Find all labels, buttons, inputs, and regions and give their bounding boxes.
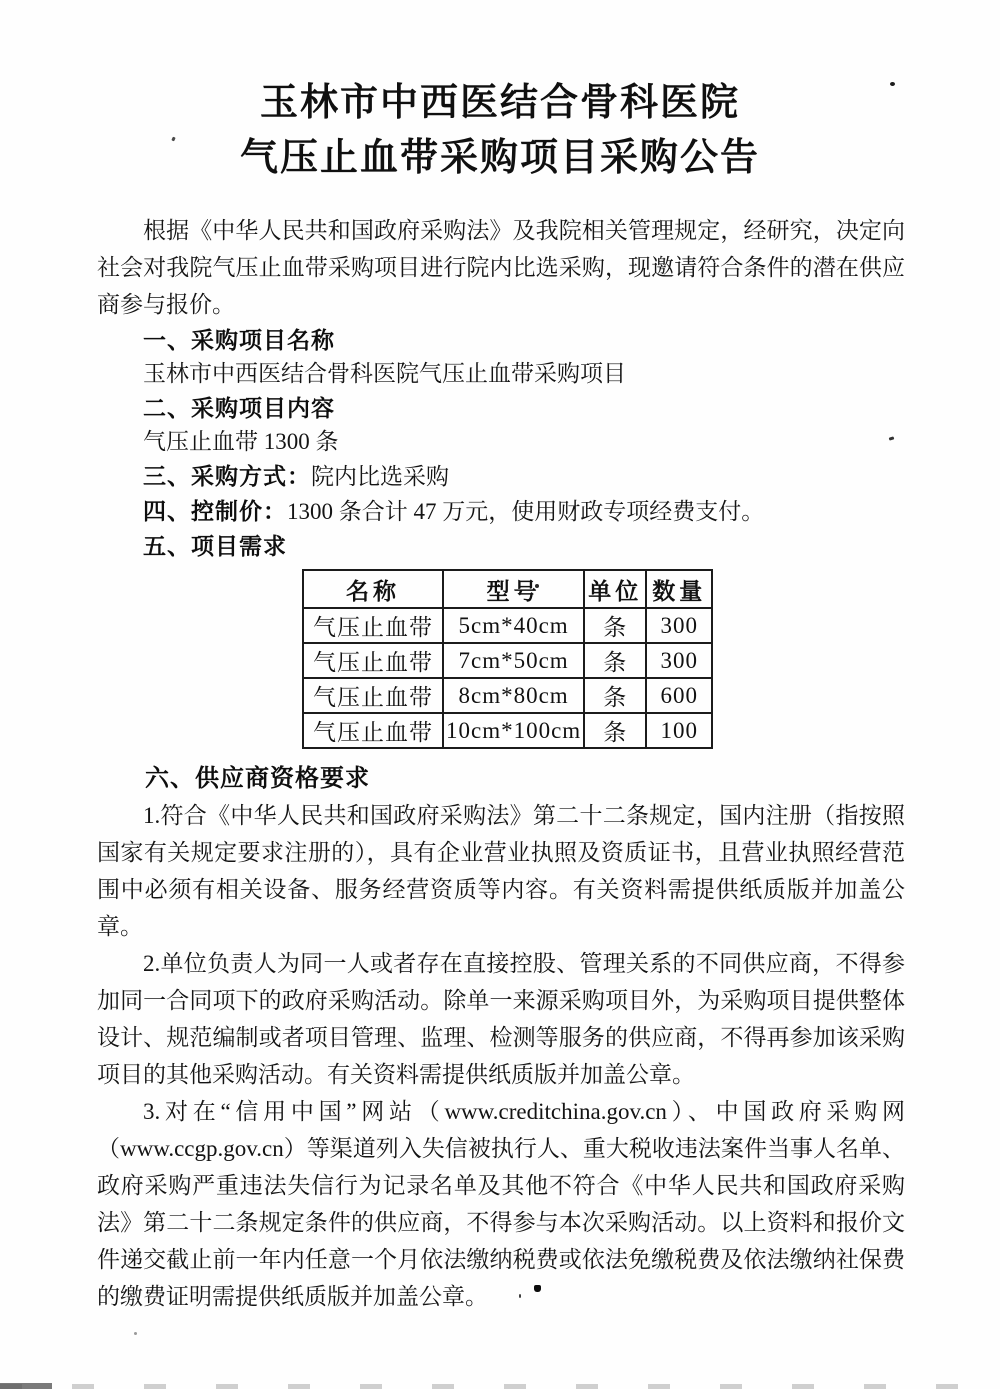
scan-artifact-dot [519,1294,521,1298]
scan-artifact-dot [535,584,539,588]
section-4-line: 四、控制价：1300 条合计 47 万元，使用财政专项经费支付。 [97,494,905,529]
cell-model: 8cm*80cm [443,678,584,713]
qualification-paragraph-1: 1.符合《中华人民共和国政府采购法》第二十二条规定，国内注册（指按照国家有关规定… [97,797,905,945]
page-bottom-cutoff-text [0,1384,1000,1389]
section-3-heading: 三、采购方式： [143,463,311,489]
cell-name: 气压止血带 [303,678,443,713]
col-header-unit: 单位 [584,570,646,608]
col-header-name: 名称 [303,570,443,608]
cell-unit: 条 [584,713,646,748]
section-5-heading: 五、项目需求 [97,529,905,563]
section-6-heading: 六、供应商资格要求 [97,761,905,797]
table-row: 气压止血带 7cm*50cm 条 300 [303,643,712,678]
document-title-line-1: 玉林市中西医结合骨科医院 [0,76,1000,131]
section-3-body: 院内比选采购 [311,464,449,489]
section-2-body: 气压止血带 1300 条 [97,425,905,459]
scan-artifact-dot [890,82,895,86]
intro-paragraph: 根据《中华人民共和国政府采购法》及我院相关管理规定，经研究，决定向社会对我院气压… [97,212,905,323]
cell-name: 气压止血带 [303,643,443,678]
cell-quantity: 300 [646,608,712,643]
table-header-row: 名称 型号 单位 数量 [303,570,712,608]
scan-artifact-dot [534,1285,541,1292]
cell-model: 7cm*50cm [443,643,584,678]
page-bottom-cutoff-text [0,1383,52,1389]
qualification-paragraph-2: 2.单位负责人为同一人或者存在直接控股、管理关系的不同供应商，不得参加同一合同项… [97,945,905,1093]
cell-quantity: 600 [646,678,712,713]
col-header-model: 型号 [443,570,584,608]
table-row: 气压止血带 5cm*40cm 条 300 [303,608,712,643]
cell-model: 10cm*100cm [443,713,584,748]
requirements-table: 名称 型号 单位 数量 气压止血带 5cm*40cm 条 300 气压止血带 7… [302,569,713,749]
section-1-body: 玉林市中西医结合骨科医院气压止血带采购项目 [97,357,905,391]
col-header-quantity: 数量 [646,570,712,608]
table-row: 气压止血带 10cm*100cm 条 100 [303,713,712,748]
section-2-heading: 二、采购项目内容 [97,391,905,425]
cell-name: 气压止血带 [303,608,443,643]
document-title: 玉林市中西医结合骨科医院 气压止血带采购项目采购公告 [0,0,1000,186]
table-row: 气压止血带 8cm*80cm 条 600 [303,678,712,713]
cell-name: 气压止血带 [303,713,443,748]
document-body: 根据《中华人民共和国政府采购法》及我院相关管理规定，经研究，决定向社会对我院气压… [0,212,1000,1315]
cell-unit: 条 [584,678,646,713]
cell-unit: 条 [584,643,646,678]
section-list: 一、采购项目名称 玉林市中西医结合骨科医院气压止血带采购项目 二、采购项目内容 … [97,323,905,563]
section-3-line: 三、采购方式：院内比选采购 [97,459,905,494]
scan-artifact-dot [134,1332,137,1335]
cell-quantity: 100 [646,713,712,748]
section-1-heading: 一、采购项目名称 [97,323,905,357]
cell-model: 5cm*40cm [443,608,584,643]
section-4-body: 1300 条合计 47 万元，使用财政专项经费支付。 [287,499,764,524]
section-4-heading: 四、控制价： [143,498,287,524]
cell-quantity: 300 [646,643,712,678]
qualification-paragraph-3: 3.对在“信用中国”网站（www.creditchina.gov.cn）、中国政… [97,1093,905,1315]
document-title-line-2: 气压止血带采购项目采购公告 [0,131,1000,186]
scanned-document-page: 玉林市中西医结合骨科医院 气压止血带采购项目采购公告 根据《中华人民共和国政府采… [0,0,1000,1389]
cell-unit: 条 [584,608,646,643]
